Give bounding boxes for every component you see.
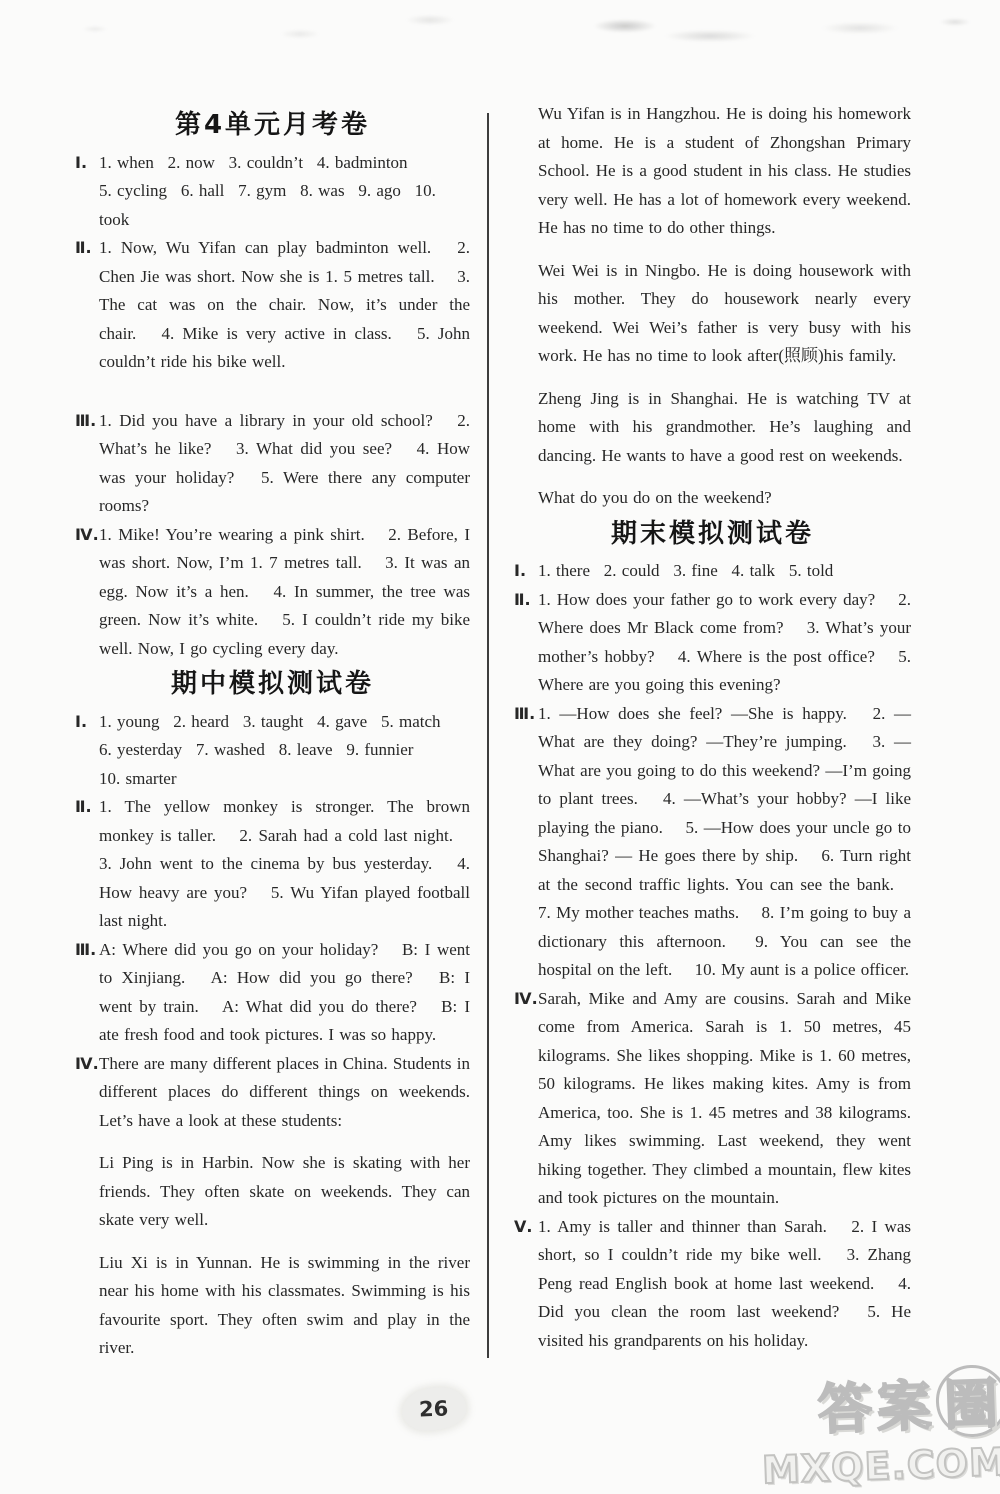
answer-section-11: Ⅲ. 1. —How does she feel? —She is happy.… — [514, 700, 911, 985]
roman-numeral-marker: Ⅲ. — [514, 700, 538, 729]
roman-numeral-marker: Ⅰ. — [514, 557, 538, 586]
answer-text: There are many different places in China… — [99, 1050, 470, 1136]
answer-section-10: Ⅱ. 1. How does your father go to work ev… — [514, 586, 911, 700]
reading-paragraph-li-ping: Li Ping is in Harbin. Now she is skating… — [99, 1149, 470, 1235]
roman-numeral-marker: Ⅱ. — [75, 234, 99, 263]
answer-section-8: Ⅳ. There are many different places in Ch… — [75, 1050, 470, 1136]
reading-paragraph-zheng-jing: Zheng Jing is in Shanghai. He is watchin… — [538, 385, 911, 471]
answer-section-7: Ⅲ. A: Where did you go on your holiday? … — [75, 936, 470, 1050]
watermark: 答 案 圈 MXQE.COM — [762, 1365, 1000, 1488]
watermark-circle-badge: 圈 — [935, 1363, 1000, 1437]
watermark-brand-char: 圈 — [943, 1361, 1000, 1440]
answer-text: 1. How does your father go to work every… — [538, 586, 911, 700]
roman-numeral-marker: Ⅲ. — [75, 936, 99, 965]
roman-numeral-marker: Ⅳ. — [75, 521, 99, 550]
answer-section-4: Ⅳ. 1. Mike! You’re wearing a pink shirt.… — [75, 521, 470, 664]
right-column: Wu Yifan is in Hangzhou. He is doing his… — [514, 100, 911, 1355]
reading-paragraph-question: What do you do on the weekend? — [538, 484, 911, 513]
title-midterm-mock-test: 期中模拟测试卷 — [75, 670, 470, 699]
page-number-blob: 26 — [400, 1385, 468, 1433]
roman-numeral-marker: Ⅰ. — [75, 149, 99, 178]
answer-section-2: Ⅱ. 1. Now, Wu Yifan can play badminton w… — [75, 234, 470, 377]
roman-numeral-marker: Ⅱ. — [514, 586, 538, 615]
answer-section-13: Ⅴ. 1. Amy is taller and thinner than Sar… — [514, 1213, 911, 1356]
scan-noise-band — [0, 4, 1000, 56]
answer-text: 1. Now, Wu Yifan can play badminton well… — [99, 234, 470, 377]
answer-text: 1. there 2. could 3. fine 4. talk 5. tol… — [538, 557, 911, 586]
roman-numeral-marker: Ⅱ. — [75, 793, 99, 822]
answer-text: A: Where did you go on your holiday? B: … — [99, 936, 470, 1050]
watermark-site-url: MXQE.COM — [761, 1440, 1000, 1493]
answer-text: Sarah, Mike and Amy are cousins. Sarah a… — [538, 985, 911, 1213]
roman-numeral-marker: Ⅳ. — [75, 1050, 99, 1079]
page-number: 26 — [419, 1396, 449, 1421]
answer-section-9: Ⅰ. 1. there 2. could 3. fine 4. talk 5. … — [514, 557, 911, 586]
reading-paragraph-liu-xi: Liu Xi is in Yunnan. He is swimming in t… — [99, 1249, 470, 1363]
left-column: 第4单元月考卷 Ⅰ. 1. when 2. now 3. couldn’t 4.… — [75, 104, 470, 1363]
roman-numeral-marker: Ⅳ. — [514, 985, 538, 1014]
watermark-brand-char: 案 — [876, 1363, 935, 1442]
answer-text: 1. young 2. heard 3. taught 4. gave 5. m… — [99, 708, 470, 794]
roman-numeral-marker: Ⅴ. — [514, 1213, 538, 1242]
answer-text: 1. Did you have a library in your old sc… — [99, 407, 470, 521]
answer-section-1: Ⅰ. 1. when 2. now 3. couldn’t 4. badmint… — [75, 149, 470, 235]
answer-section-5: Ⅰ. 1. young 2. heard 3. taught 4. gave 5… — [75, 708, 470, 794]
answer-text: 1. The yellow monkey is stronger. The br… — [99, 793, 470, 936]
answer-text: 1. Mike! You’re wearing a pink shirt. 2.… — [99, 521, 470, 664]
title-final-mock-test: 期末模拟测试卷 — [514, 520, 911, 549]
reading-paragraph-wu-yifan: Wu Yifan is in Hangzhou. He is doing his… — [538, 100, 911, 243]
answer-text: 1. when 2. now 3. couldn’t 4. badminton … — [99, 149, 470, 235]
scanned-answer-page: 第4单元月考卷 Ⅰ. 1. when 2. now 3. couldn’t 4.… — [0, 0, 1000, 1494]
roman-numeral-marker: Ⅲ. — [75, 407, 99, 436]
title-unit4-monthly-exam: 第4单元月考卷 — [75, 111, 470, 140]
reading-paragraph-wei-wei: Wei Wei is in Ningbo. He is doing housew… — [538, 257, 911, 371]
answer-section-6: Ⅱ. 1. The yellow monkey is stronger. The… — [75, 793, 470, 936]
roman-numeral-marker: Ⅰ. — [75, 708, 99, 737]
answer-section-12: Ⅳ. Sarah, Mike and Amy are cousins. Sara… — [514, 985, 911, 1213]
answer-text: 1. Amy is taller and thinner than Sarah.… — [538, 1213, 911, 1356]
watermark-brand-char: 答 — [817, 1365, 876, 1444]
column-divider-rule — [487, 113, 489, 1358]
answer-text: 1. —How does she feel? —She is happy. 2.… — [538, 700, 911, 985]
watermark-brand: 答 案 圈 — [761, 1361, 1000, 1447]
answer-section-3: Ⅲ. 1. Did you have a library in your old… — [75, 407, 470, 521]
